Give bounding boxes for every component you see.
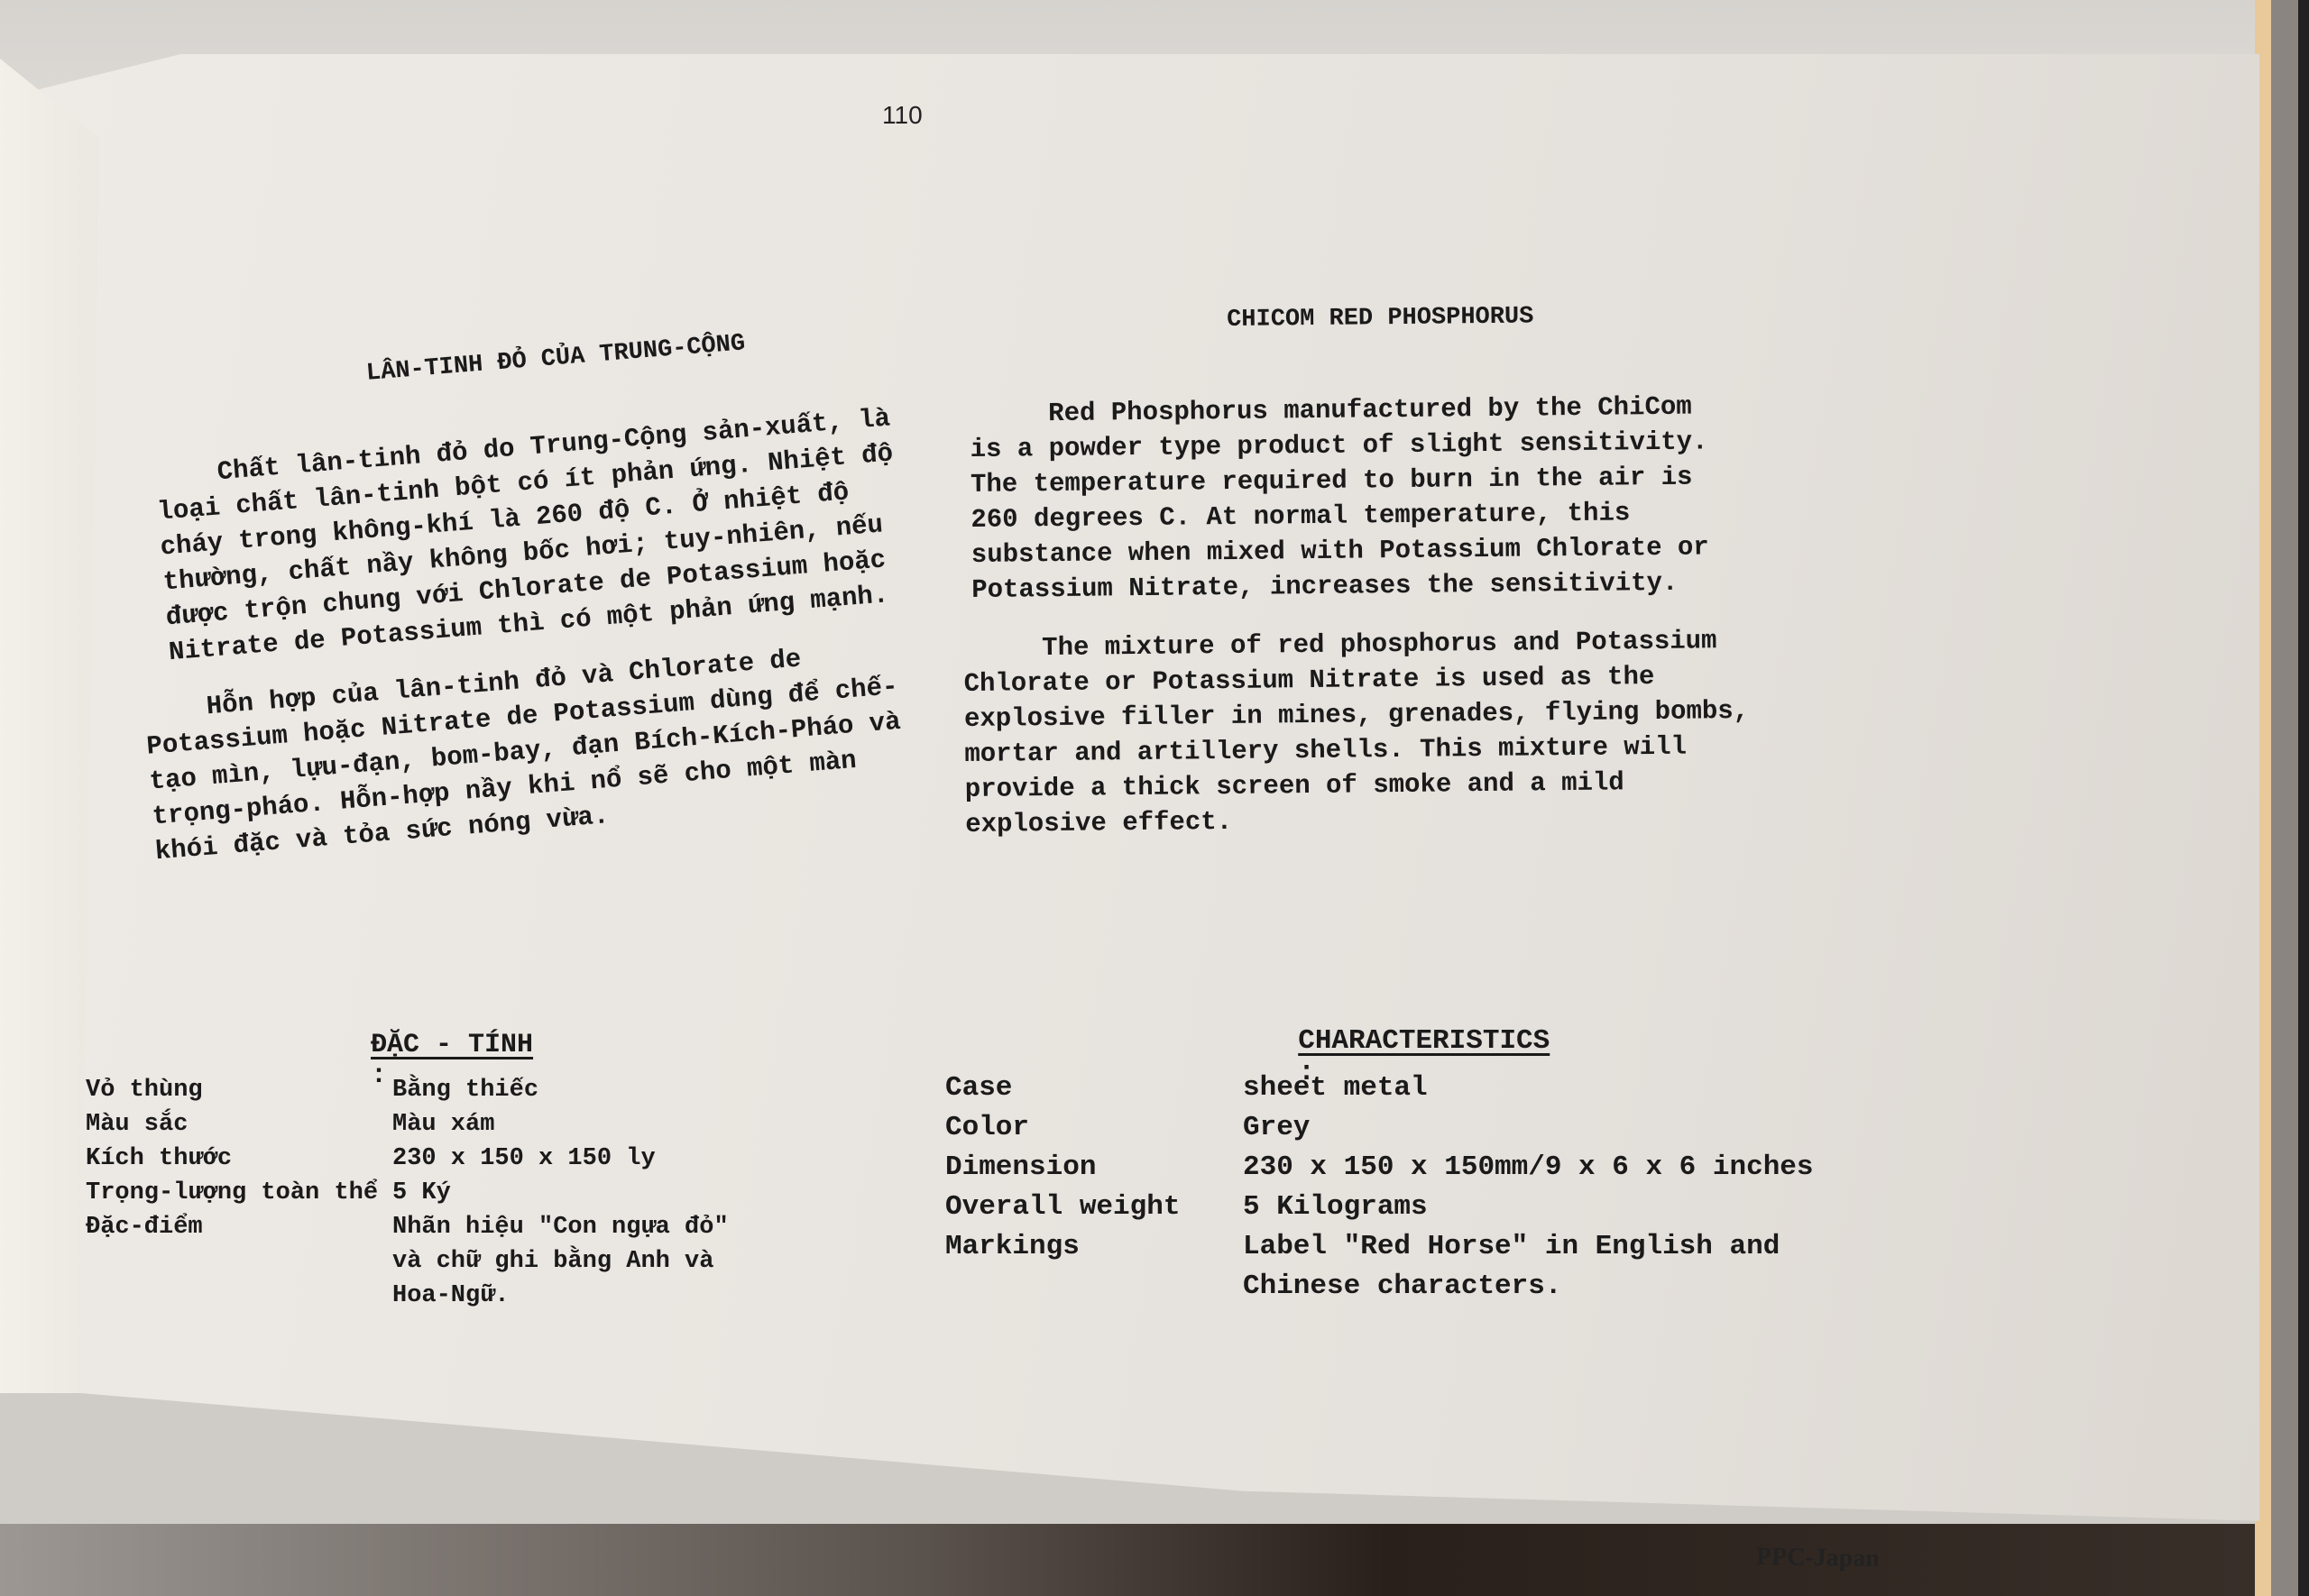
characteristic-value: sheet metal bbox=[1243, 1069, 1428, 1108]
characteristic-value: Grey bbox=[1243, 1108, 1310, 1148]
characteristic-label: Màu sắc bbox=[86, 1107, 392, 1142]
characteristic-label bbox=[945, 1267, 1243, 1307]
characteristic-value: Chinese characters. bbox=[1243, 1267, 1561, 1307]
characteristic-label bbox=[86, 1244, 392, 1279]
characteristic-value: và chữ ghi bằng Anh và bbox=[392, 1244, 713, 1279]
characteristic-value: Màu xám bbox=[392, 1107, 494, 1142]
characteristic-value: 5 Kilograms bbox=[1243, 1188, 1428, 1227]
characteristic-value: Label "Red Horse" in English and bbox=[1243, 1227, 1780, 1267]
characteristic-row: Kích thước230 x 150 x 150 ly bbox=[86, 1142, 729, 1176]
characteristic-value: Bằng thiếc bbox=[392, 1073, 538, 1107]
characteristic-value: 230 x 150 x 150 ly bbox=[392, 1142, 656, 1176]
characteristic-row: và chữ ghi bằng Anh và bbox=[86, 1244, 729, 1279]
background-bottom bbox=[0, 1524, 2309, 1596]
characteristic-label: Kích thước bbox=[86, 1142, 392, 1176]
characteristic-label: Color bbox=[945, 1108, 1243, 1148]
characteristic-row: ColorGrey bbox=[945, 1108, 1814, 1148]
characteristic-row: Trọng-lượng toàn thể5 Ký bbox=[86, 1176, 729, 1210]
characteristic-row: MarkingsLabel "Red Horse" in English and bbox=[945, 1227, 1814, 1267]
characteristic-label: Case bbox=[945, 1069, 1243, 1108]
characteristic-row: Dimension230 x 150 x 150mm/9 x 6 x 6 inc… bbox=[945, 1148, 1814, 1188]
english-paragraph-1: Red Phosphorus manufactured by the ChiCo… bbox=[970, 389, 1709, 608]
characteristic-label: Dimension bbox=[945, 1148, 1243, 1188]
characteristic-label: Trọng-lượng toàn thể bbox=[86, 1176, 392, 1210]
characteristic-row: Màu sắcMàu xám bbox=[86, 1107, 729, 1142]
characteristic-row: Hoa-Ngữ. bbox=[86, 1279, 729, 1313]
page-number: 110 bbox=[882, 101, 923, 130]
characteristic-row: Casesheet metal bbox=[945, 1069, 1814, 1108]
characteristic-row: Đặc-điểmNhãn hiệu "Con ngựa đỏ" bbox=[86, 1210, 729, 1244]
publisher-footer: PPC-Japan bbox=[1756, 1543, 1880, 1573]
english-characteristics-table: Casesheet metalColorGreyDimension230 x 1… bbox=[945, 1069, 1814, 1307]
characteristic-label: Markings bbox=[945, 1227, 1243, 1267]
english-paragraph-2: The mixture of red phosphorus and Potass… bbox=[963, 623, 1751, 842]
characteristic-value: 5 Ký bbox=[392, 1176, 451, 1210]
characteristic-label: Vỏ thùng bbox=[86, 1073, 392, 1107]
characteristic-label bbox=[86, 1279, 392, 1313]
characteristic-value: 230 x 150 x 150mm/9 x 6 x 6 inches bbox=[1243, 1148, 1814, 1188]
characteristic-row: Chinese characters. bbox=[945, 1267, 1814, 1307]
book-edge bbox=[2255, 0, 2309, 1596]
heading-text: CHARACTERISTICS bbox=[1298, 1025, 1550, 1057]
characteristic-label: Đặc-điểm bbox=[86, 1210, 392, 1244]
characteristic-row: Overall weight5 Kilograms bbox=[945, 1188, 1814, 1227]
characteristic-label: Overall weight bbox=[945, 1188, 1243, 1227]
characteristic-value: Nhãn hiệu "Con ngựa đỏ" bbox=[392, 1210, 729, 1244]
characteristic-row: Vỏ thùngBằng thiếc bbox=[86, 1073, 729, 1107]
english-title: CHICOM RED PHOSPHORUS bbox=[1227, 303, 1534, 334]
vietnamese-characteristics-table: Vỏ thùngBằng thiếcMàu sắcMàu xámKích thư… bbox=[86, 1073, 729, 1313]
characteristic-value: Hoa-Ngữ. bbox=[392, 1279, 510, 1313]
heading-text: ĐẶC - TÍNH bbox=[371, 1030, 533, 1060]
